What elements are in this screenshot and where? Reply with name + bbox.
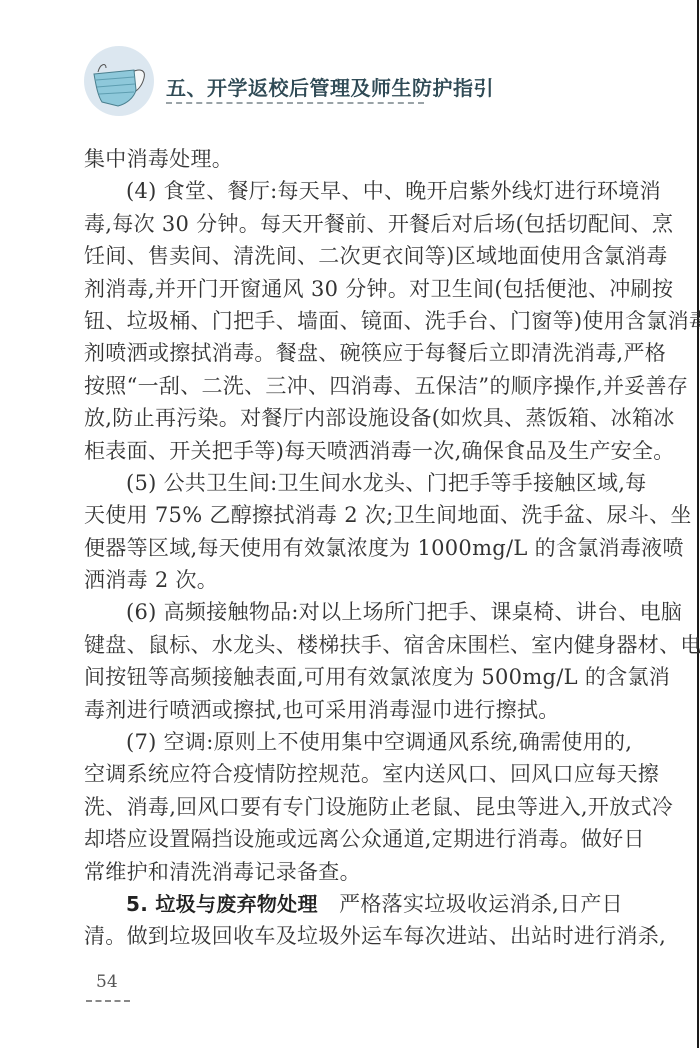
section-text: 严格落实垃圾收运消杀,日产日: [318, 892, 623, 916]
text-line: 按照“一刮、二洗、三冲、四消毒、五保洁”的顺序操作,并妥善存: [84, 370, 624, 402]
chapter-title: 五、开学返校后管理及师生防护指引: [166, 72, 494, 101]
document-body: 集中消毒处理。 (4) 食堂、餐厅:每天早、中、晚开启紫外线灯进行环境消 毒,每…: [84, 143, 624, 953]
text-line: 间按钮等高频接触表面,可用有效氯浓度为 500mg/L 的含氯消: [84, 661, 624, 693]
text-line: 剂喷洒或擦拭消毒。餐盘、碗筷应于每餐后立即清洗消毒,严格: [84, 337, 624, 369]
section-heading: 5. 垃圾与废弃物处理: [126, 892, 318, 916]
text-line: 洒消毒 2 次。: [84, 564, 624, 596]
face-mask-icon: [84, 46, 154, 116]
text-line: 清。做到垃圾回收车及垃圾外运车每次进站、出站时进行消杀,: [84, 920, 624, 952]
text-line: 常维护和清洗消毒记录备查。: [84, 856, 624, 888]
page-edge-border: [697, 0, 699, 1048]
section-5-line: 5. 垃圾与废弃物处理 严格落实垃圾收运消杀,日产日: [84, 888, 624, 920]
text-line: 剂消毒,并开门开窗通风 30 分钟。对卫生间(包括便池、冲刷按: [84, 273, 624, 305]
page-number-divider: [86, 1000, 130, 1002]
text-line: 毒,每次 30 分钟。每天开餐前、开餐后对后场(包括切配间、烹: [84, 208, 624, 240]
text-line: (5) 公共卫生间:卫生间水龙头、门把手等手接触区域,每: [84, 467, 624, 499]
chapter-header: 五、开学返校后管理及师生防护指引: [84, 40, 444, 120]
text-line: 放,防止再污染。对餐厅内部设施设备(如炊具、蒸饭箱、冰箱冰: [84, 402, 624, 434]
text-line: 天使用 75% 乙醇擦拭消毒 2 次;卫生间地面、洗手盆、尿斗、坐: [84, 499, 624, 531]
text-line: (7) 空调:原则上不使用集中空调通风系统,确需使用的,: [84, 726, 624, 758]
text-line: 键盘、鼠标、水龙头、楼梯扶手、宿舍床围栏、室内健身器材、电梯: [84, 629, 624, 661]
text-line: 洗、消毒,回风口要有专门设施防止老鼠、昆虫等进入,开放式冷: [84, 791, 624, 823]
text-line: 钮、垃圾桶、门把手、墙面、镜面、洗手台、门窗等)使用含氯消毒: [84, 305, 624, 337]
text-line: (4) 食堂、餐厅:每天早、中、晚开启紫外线灯进行环境消: [84, 175, 624, 207]
page-number: 54: [96, 972, 118, 992]
text-line: 便器等区域,每天使用有效氯浓度为 1000mg/L 的含氯消毒液喷: [84, 532, 624, 564]
text-line: 毒剂进行喷洒或擦拭,也可采用消毒湿巾进行擦拭。: [84, 694, 624, 726]
text-line: 柜表面、开关把手等)每天喷洒消毒一次,确保食品及生产安全。: [84, 435, 624, 467]
text-line: 饪间、售卖间、清洗间、二次更衣间等)区域地面使用含氯消毒: [84, 240, 624, 272]
text-line: 空调系统应符合疫情防控规范。室内送风口、回风口应每天擦: [84, 758, 624, 790]
text-line: 却塔应设置隔挡设施或远离公众通道,定期进行消毒。做好日: [84, 823, 624, 855]
title-divider: [166, 102, 424, 104]
text-line: 集中消毒处理。: [84, 143, 624, 175]
text-line: (6) 高频接触物品:对以上场所门把手、课桌椅、讲台、电脑: [84, 596, 624, 628]
